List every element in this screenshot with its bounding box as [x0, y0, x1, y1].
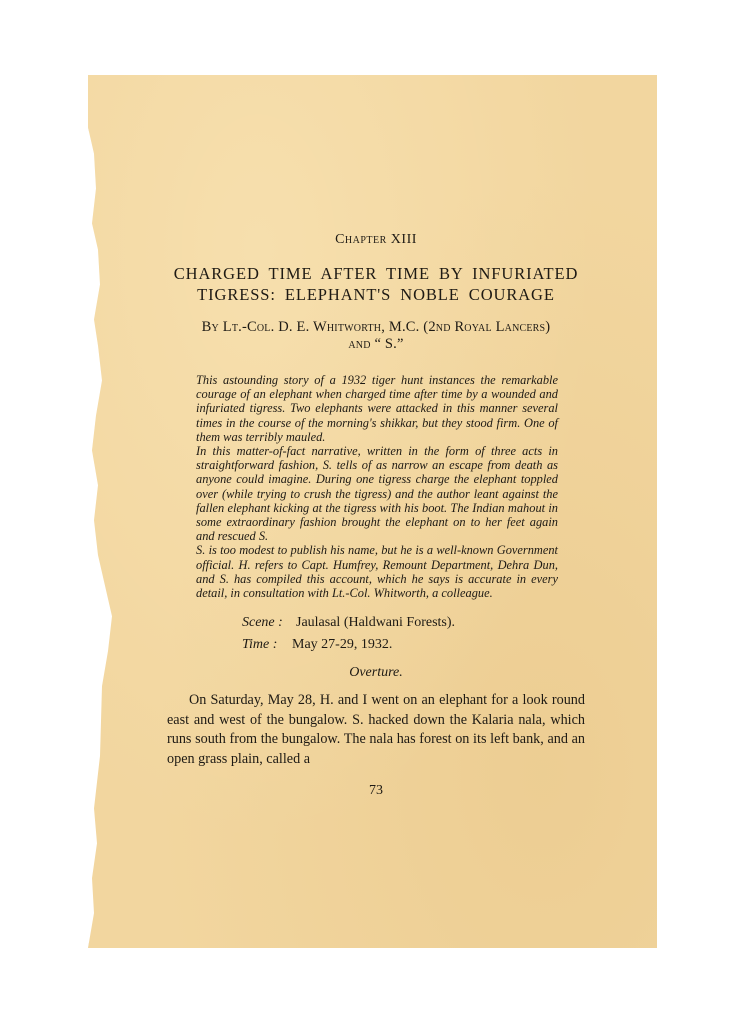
chapter-title-line-2: TIGRESS: ELEPHANT'S NOBLE COURAGE — [167, 284, 585, 305]
body-paragraph: On Saturday, May 28, H. and I went on an… — [167, 691, 585, 769]
intro-paragraph: S. is too modest to publish his name, bu… — [196, 543, 558, 600]
byline-line-2: and “ S.” — [167, 336, 585, 353]
time-value: May 27-29, 1932. — [292, 634, 392, 656]
scene-value: Jaulasal (Haldwani Forests). — [296, 612, 455, 634]
section-heading: Overture. — [167, 665, 585, 681]
chapter-heading: Chapter XIII — [167, 232, 585, 248]
intro-paragraph: This astounding story of a 1932 tiger hu… — [196, 373, 558, 444]
page-number: 73 — [167, 783, 585, 799]
chapter-title-line-1: CHARGED TIME AFTER TIME BY INFURIATED — [167, 263, 585, 284]
intro-paragraph: In this matter-of-fact narrative, writte… — [196, 444, 558, 543]
introduction: This astounding story of a 1932 tiger hu… — [196, 373, 558, 600]
time-row: Time : May 27-29, 1932. — [242, 634, 585, 656]
author-byline: By Lt.-Col. D. E. Whitworth, M.C. (2nd R… — [167, 319, 585, 353]
page-content: Chapter XIII CHARGED TIME AFTER TIME BY … — [167, 228, 585, 799]
time-label: Time : — [242, 634, 292, 656]
scene-row: Scene : Jaulasal (Haldwani Forests). — [242, 612, 585, 634]
scene-details: Scene : Jaulasal (Haldwani Forests). Tim… — [242, 612, 585, 656]
chapter-title: CHARGED TIME AFTER TIME BY INFURIATED TI… — [167, 263, 585, 305]
byline-line-1: By Lt.-Col. D. E. Whitworth, M.C. (2nd R… — [167, 319, 585, 336]
scene-label: Scene : — [242, 612, 296, 634]
